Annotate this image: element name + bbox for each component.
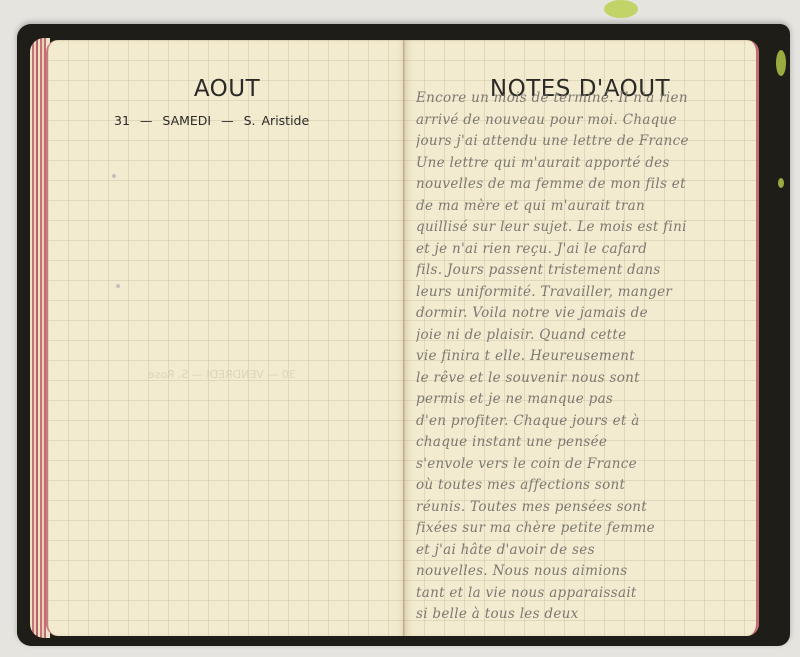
handwritten-line: de ma mère et qui m'aurait tran bbox=[416, 196, 751, 218]
ink-speck bbox=[116, 284, 120, 288]
handwritten-line: nouvelles de ma femme de mon fils et bbox=[416, 174, 751, 196]
separator: — bbox=[140, 113, 153, 128]
handwritten-line: leurs uniformité. Travailler, manger bbox=[416, 282, 751, 304]
handwritten-line: chaque instant une pensée bbox=[416, 432, 751, 454]
handwritten-line: arrivé de nouveau pour moi. Chaque bbox=[416, 110, 751, 132]
right-page: NOTES D'AOUT Encore un mois de terminé. … bbox=[404, 40, 759, 636]
separator: — bbox=[221, 113, 234, 128]
month-title: AOUT bbox=[48, 76, 406, 102]
date-header: 31 — SAMEDI — S. Aristide bbox=[114, 113, 309, 128]
handwritten-notes: Encore un mois de terminé. Il n'a rien a… bbox=[416, 88, 751, 626]
handwritten-line: réunis. Toutes mes pensées sont bbox=[416, 497, 751, 519]
handwritten-line: tant et la vie nous apparaissait bbox=[416, 583, 751, 605]
handwritten-line: d'en profiter. Chaque jours et à bbox=[416, 411, 751, 433]
handwritten-line: permis et je ne manque pas bbox=[416, 389, 751, 411]
handwritten-line: fils. Jours passent tristement dans bbox=[416, 260, 751, 282]
saint-name: S. Aristide bbox=[244, 113, 310, 128]
handwritten-line: joie ni de plaisir. Quand cette bbox=[416, 325, 751, 347]
moss-stain bbox=[776, 50, 786, 76]
handwritten-line: nouvelles. Nous nous aimions bbox=[416, 561, 751, 583]
moss-stain bbox=[778, 178, 784, 188]
handwritten-line: et je n'ai rien reçu. J'ai le cafard bbox=[416, 239, 751, 261]
day-number: 31 bbox=[114, 113, 130, 128]
show-through-text: 30 — VENDREDI — S. Rose bbox=[148, 368, 296, 381]
handwritten-line: et j'ai hâte d'avoir de ses bbox=[416, 540, 751, 562]
handwritten-line: Une lettre qui m'aurait apporté des bbox=[416, 153, 751, 175]
handwritten-line: le rêve et le souvenir nous sont bbox=[416, 368, 751, 390]
handwritten-line: s'envole vers le coin de France bbox=[416, 454, 751, 476]
handwritten-line: quillisé sur leur sujet. Le mois est fin… bbox=[416, 217, 751, 239]
left-page: AOUT 31 — SAMEDI — S. Aristide 30 — VEND… bbox=[46, 40, 406, 636]
moss-stain bbox=[604, 0, 638, 18]
handwritten-line: dormir. Voila notre vie jamais de bbox=[416, 303, 751, 325]
handwritten-line: où toutes mes affections sont bbox=[416, 475, 751, 497]
weekday: SAMEDI bbox=[162, 113, 211, 128]
ink-speck bbox=[112, 174, 116, 178]
handwritten-line: vie finira t elle. Heureusement bbox=[416, 346, 751, 368]
handwritten-line: jours j'ai attendu une lettre de France bbox=[416, 131, 751, 153]
handwritten-line: si belle à tous les deux bbox=[416, 604, 751, 626]
handwritten-line: Encore un mois de terminé. Il n'a rien bbox=[416, 88, 751, 110]
handwritten-line: fixées sur ma chère petite femme bbox=[416, 518, 751, 540]
